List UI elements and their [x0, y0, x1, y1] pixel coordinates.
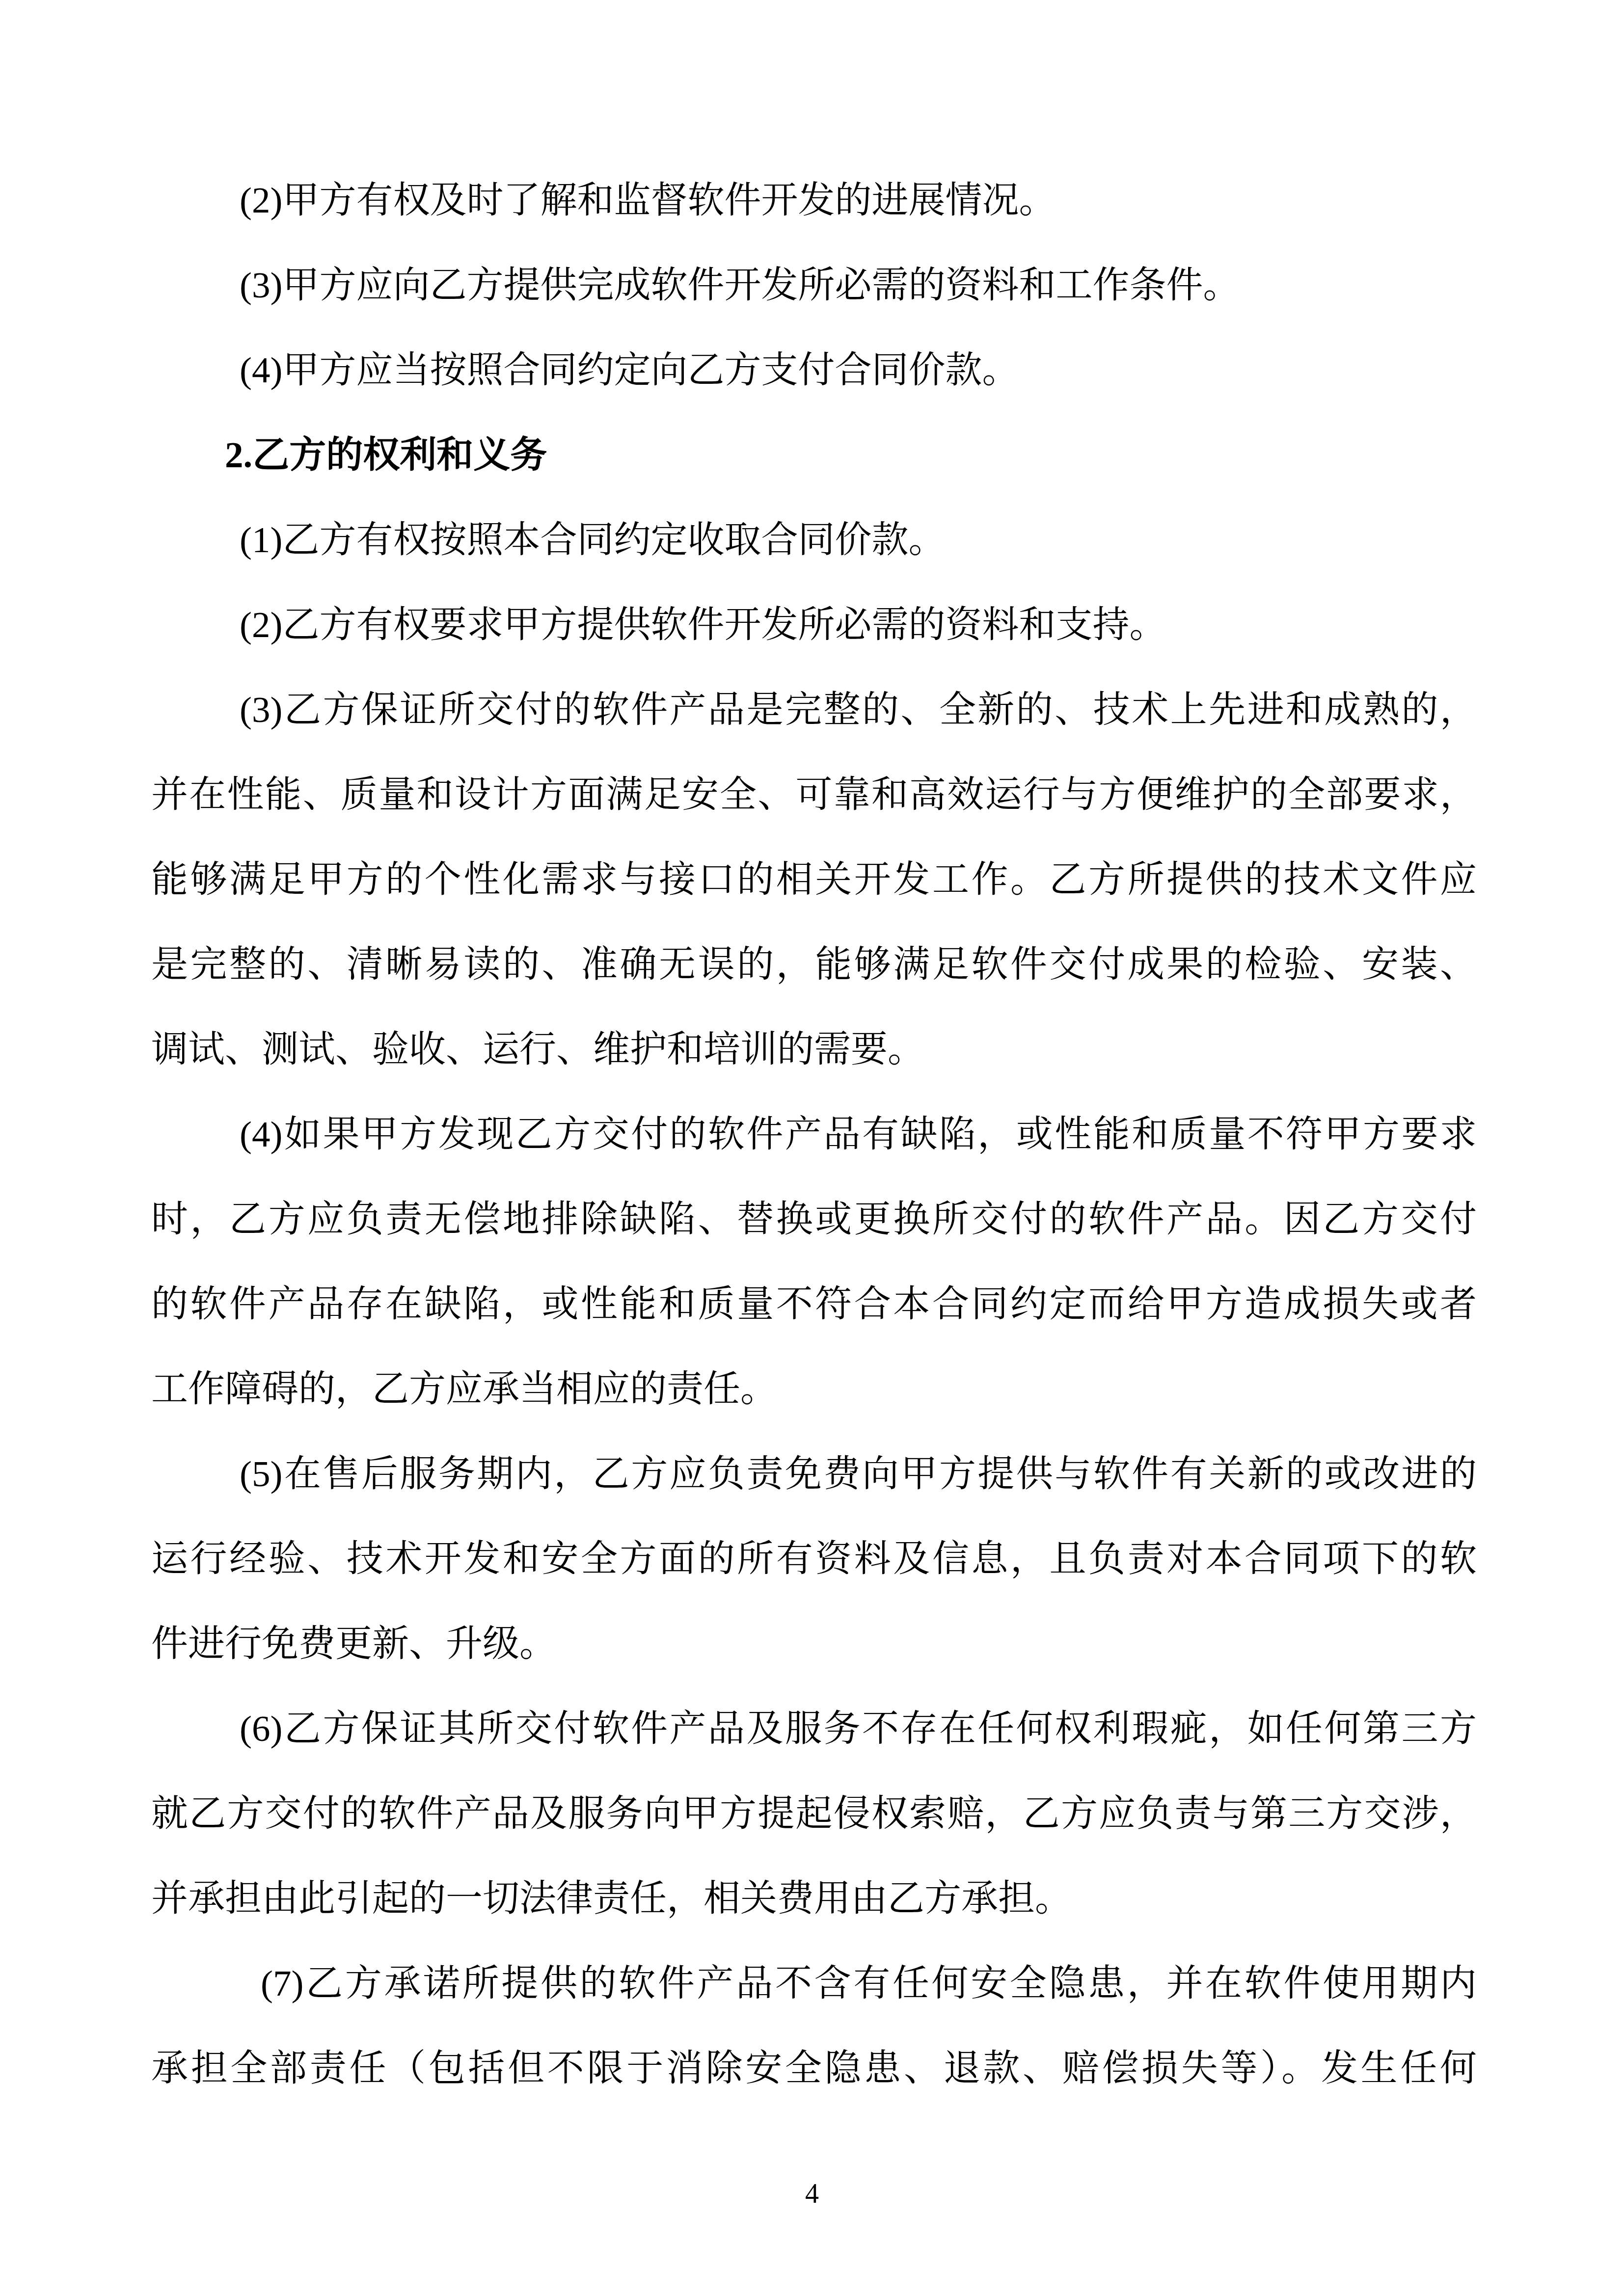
- contract-text-line: 工作障碍的，乙方应承当相应的责任。: [151, 1347, 1477, 1432]
- page-background: { "page": { "number": "4", "background_c…: [0, 0, 1624, 2296]
- contract-text-line: 件进行免费更新、升级。: [151, 1602, 1477, 1686]
- contract-text-line: 就乙方交付的软件产品及服务向甲方提起侵权索赔，乙方应负责与第三方交涉，: [151, 1771, 1477, 1856]
- contract-text-line: 时，乙方应负责无偿地排除缺陷、替换或更换所交付的软件产品。因乙方交付: [151, 1177, 1477, 1262]
- contract-text-line: (1)乙方有权按照本合同约定收取合同价款。: [151, 498, 1477, 583]
- contract-text-line: (7)乙方承诺所提供的软件产品不含有任何安全隐患，并在软件使用期内: [151, 1941, 1477, 2026]
- contract-text-line: 能够满足甲方的个性化需求与接口的相关开发工作。乙方所提供的技术文件应: [151, 837, 1477, 922]
- contract-text-line: (4)如果甲方发现乙方交付的软件产品有缺陷，或性能和质量不符甲方要求: [151, 1092, 1477, 1177]
- contract-text-line: 并承担由此引起的一切法律责任，相关费用由乙方承担。: [151, 1856, 1477, 1941]
- contract-text-line: 调试、测试、验收、运行、维护和培训的需要。: [151, 1007, 1477, 1092]
- page-number: 4: [0, 2179, 1624, 2209]
- contract-text-line: (2)甲方有权及时了解和监督软件开发的进展情况。: [151, 158, 1477, 243]
- contract-text-line: (3)乙方保证所交付的软件产品是完整的、全新的、技术上先进和成熟的，: [151, 667, 1477, 752]
- contract-text-line: 并在性能、质量和设计方面满足安全、可靠和高效运行与方便维护的全部要求，: [151, 752, 1477, 837]
- contract-text-line: (5)在售后服务期内，乙方应负责免费向甲方提供与软件有关新的或改进的: [151, 1432, 1477, 1517]
- contract-text-line: 的软件产品存在缺陷，或性能和质量不符合本合同约定而给甲方造成损失或者: [151, 1262, 1477, 1347]
- contract-text-line: (6)乙方保证其所交付软件产品及服务不存在任何权利瑕疵，如任何第三方: [151, 1686, 1477, 1771]
- contract-body: (2)甲方有权及时了解和监督软件开发的进展情况。(3)甲方应向乙方提供完成软件开…: [151, 158, 1477, 2111]
- contract-text-line: 运行经验、技术开发和安全方面的所有资料及信息，且负责对本合同项下的软: [151, 1517, 1477, 1602]
- section-heading: 2.乙方的权利和义务: [151, 413, 1477, 498]
- contract-text-line: 承担全部责任（包括但不限于消除安全隐患、退款、赔偿损失等）。发生任何: [151, 2026, 1477, 2111]
- contract-text-line: (2)乙方有权要求甲方提供软件开发所必需的资料和支持。: [151, 583, 1477, 667]
- contract-text-line: 是完整的、清晰易读的、准确无误的，能够满足软件交付成果的检验、安装、: [151, 922, 1477, 1007]
- contract-text-line: (3)甲方应向乙方提供完成软件开发所必需的资料和工作条件。: [151, 243, 1477, 328]
- document-page: (2)甲方有权及时了解和监督软件开发的进展情况。(3)甲方应向乙方提供完成软件开…: [0, 0, 1624, 2296]
- contract-text-line: (4)甲方应当按照合同约定向乙方支付合同价款。: [151, 328, 1477, 413]
